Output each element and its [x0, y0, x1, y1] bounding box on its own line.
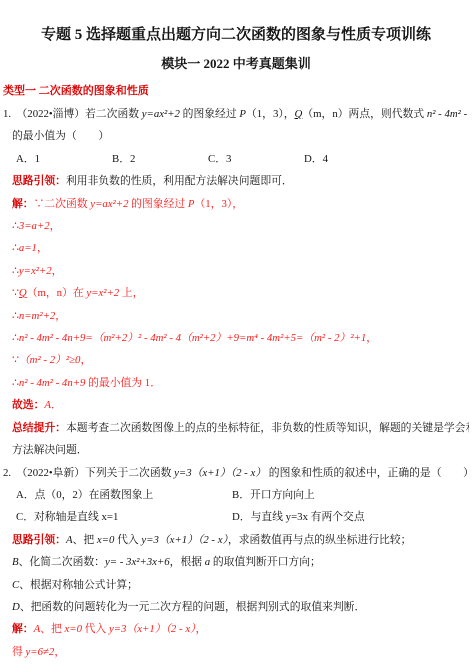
- q1-summary-1-line: 总结提升：本题考查二次函数图像上的点的坐标特征，非负数的性质等知识，解题的关键是…: [3, 417, 469, 439]
- q2-hint-3-seg-1: 、根据对称轴公式计算；: [19, 579, 138, 591]
- q1-sol-9-seg-2: 的最小值为 1．: [85, 377, 161, 389]
- q1-sol-2-line: ∴3=a+2，: [3, 215, 469, 237]
- q1-sol-1-seg-1: ∵二次函数: [34, 198, 91, 210]
- q2-hint-1-seg-4: 代入: [114, 534, 141, 546]
- q1-sol-4-seg-0: ∴: [12, 265, 19, 277]
- q1-sol-5-seg-2: （m，n）在: [27, 287, 87, 299]
- q1-sol-2-seg-0: ∴: [12, 220, 19, 232]
- q2-sol-2-seg-2: ，: [54, 646, 65, 658]
- q2-options-ab-choice-0: A．点（0，2）在函数图象上: [16, 484, 232, 506]
- q2-hint-2-seg-2: y= - 3x²+3x+6: [105, 556, 170, 568]
- q1-sol-3-seg-2: ，: [37, 242, 48, 254]
- document-page: 专题 5 选择题重点出题方向二次函数的图象与性质专项训练 模块一 2022 中考…: [0, 0, 472, 663]
- q2-sol-2-line: 得 y=6≠2，: [3, 641, 469, 663]
- q2-hint-1-seg-6: ，求函数值再与点的纵坐标进行比较；: [228, 534, 412, 546]
- q1-summary-1-seg-1: 本题考查二次函数图像上的点的坐标特征，非负数的性质等知识，解题的关键是学会利用配: [66, 422, 469, 434]
- q2-hint-1-seg-0: 思路引领：: [12, 534, 66, 546]
- q2-sol-1-seg-0: 解：: [12, 623, 34, 635]
- q1-sol-4-seg-2: ，: [52, 265, 63, 277]
- q1-sol-3-seg-0: ∴: [12, 242, 19, 254]
- q1-answer-line: 故选：A．: [3, 394, 469, 416]
- q2-sol-1-seg-5: y=3（x+1）（2 - x）: [109, 623, 196, 635]
- q1-sol-4-line: ∴y=x²+2，: [3, 260, 469, 282]
- q2-hint-1-line: 思路引领：A、把 x=0 代入 y=3（x+1）（2 - x），求函数值再与点的…: [3, 529, 469, 551]
- q1-stem-1-seg-4: （1，3），: [246, 108, 295, 120]
- q2-stem-seg-0: 2. （2022•阜新）下列关于二次函数: [3, 467, 174, 479]
- q2-stem-seg-1: y=3（x+1）（2 - x）: [174, 467, 266, 479]
- q1-options-choice-2: C．3: [208, 148, 304, 170]
- q1-stem-2-line: 的最小值为（ ）: [3, 125, 469, 147]
- page-title: 专题 5 选择题重点出题方向二次函数的图象与性质专项训练: [3, 26, 469, 44]
- module-subtitle: 模块一 2022 中考真题集训: [3, 56, 469, 71]
- q2-options-ab-line: A．点（0，2）在函数图象上B．开口方向向上: [3, 484, 469, 506]
- q1-stem-2-seg-0: 的最小值为（ ）: [12, 130, 109, 142]
- q2-sol-1-seg-3: x=0: [65, 623, 82, 635]
- q2-hint-2-seg-1: 、化简二次函数：: [19, 556, 105, 568]
- q1-options-line: A．1B．2C．3D．4: [3, 148, 469, 170]
- q1-sol-8-seg-2: ，: [80, 354, 91, 366]
- q2-options-cd-line: C．对称轴是直线 x=1D．与直线 y=3x 有两个交点: [3, 506, 469, 528]
- q2-sol-2-seg-0: 得: [12, 646, 26, 658]
- q1-summary-2-seg-0: 方法解决问题．: [12, 444, 88, 456]
- q2-sol-2-seg-1: y=6≠2: [26, 646, 55, 658]
- q2-hint-3-line: C、根据对称轴公式计算；: [3, 574, 469, 596]
- q1-hint-line: 思路引领：利用非负数的性质，利用配方法解决问题即可．: [3, 170, 469, 192]
- q2-hint-2-seg-0: B: [12, 556, 19, 568]
- section-heading: 类型一 二次函数的图象和性质: [3, 85, 469, 98]
- q1-sol-6-seg-2: ，: [55, 310, 66, 322]
- q1-options-choice-0: A．1: [16, 148, 112, 170]
- q2-hint-1-seg-2: 、把: [73, 534, 97, 546]
- q1-sol-2-seg-1: 3=a+2: [19, 220, 50, 232]
- q1-answer-seg-1: A: [44, 399, 51, 411]
- q1-sol-2-seg-2: ，: [50, 220, 61, 232]
- q2-sol-1-seg-4: 代入: [82, 623, 109, 635]
- q2-hint-2-line: B、化简二次函数：y= - 3x²+3x+6，根据 a 的取值判断开口方向；: [3, 551, 469, 573]
- q1-answer-seg-0: 故选：: [12, 399, 44, 411]
- q2-stem-seg-2: 的图象和性质的叙述中，正确的是（ ）: [266, 467, 469, 479]
- q1-sol-1-seg-2: y=ax²+2: [90, 198, 128, 210]
- q1-sol-4-seg-1: y=x²+2: [19, 265, 52, 277]
- q1-stem-1-seg-0: 1. （2022•淄博）若二次函数: [3, 108, 142, 120]
- q1-sol-1-seg-3: 的图象经过: [128, 198, 187, 210]
- q1-sol-9-seg-0: ∴: [12, 377, 19, 389]
- q1-sol-5-seg-3: y=x²+2: [86, 287, 119, 299]
- q2-hint-2-seg-3: ，根据: [170, 556, 205, 568]
- q1-sol-7-seg-0: ∴: [12, 332, 19, 344]
- q2-hint-1-seg-5: y=3（x+1）（2 - x）: [141, 534, 228, 546]
- q1-sol-3-line: ∴a=1，: [3, 237, 469, 259]
- q2-options-ab-choice-1: B．开口方向向上: [232, 484, 315, 506]
- q1-sol-1-line: 解：∵二次函数 y=ax²+2 的图象经过 P（1，3），: [3, 193, 469, 215]
- q1-sol-9-seg-1: n² - 4m² - 4n+9: [19, 377, 86, 389]
- q1-sol-8-line: ∵（m² - 2）²≥0，: [3, 349, 469, 371]
- q2-hint-1-seg-3: x=0: [97, 534, 114, 546]
- q1-hint-seg-1: 利用非负数的性质，利用配方法解决问题即可．: [66, 175, 293, 187]
- q1-summary-1-seg-0: 总结提升：: [12, 422, 66, 434]
- q1-options-choice-3: D．4: [304, 148, 328, 170]
- q1-options-choice-1: B．2: [112, 148, 208, 170]
- q1-sol-5-line: ∵Q（m，n）在 y=x²+2 上，: [3, 282, 469, 304]
- q1-sol-6-seg-0: ∴: [12, 310, 19, 322]
- q1-summary-2-line: 方法解决问题．: [3, 439, 469, 461]
- q1-stem-1-seg-7: n² - 4m² - 4n+9: [427, 108, 469, 120]
- q1-stem-1-line: 1. （2022•淄博）若二次函数 y=ax²+2 的图象经过 P（1，3），Q…: [3, 103, 469, 125]
- q2-hint-4-line: D、把函数的问题转化为一元二次方程的问题，根据判别式的取值来判断．: [3, 596, 469, 618]
- q2-stem-line: 2. （2022•阜新）下列关于二次函数 y=3（x+1）（2 - x） 的图象…: [3, 462, 469, 484]
- q1-sol-7-seg-2: ，: [366, 332, 377, 344]
- q1-sol-3-seg-1: a=1: [19, 242, 37, 254]
- q1-sol-5-seg-1: Q: [19, 287, 27, 299]
- q2-hint-2-seg-5: 的取值判断开口方向；: [210, 556, 321, 568]
- q1-sol-1-seg-0: 解：: [12, 198, 34, 210]
- q1-stem-1-seg-3: P: [239, 108, 246, 120]
- q2-hint-1-seg-1: A: [66, 534, 73, 546]
- q1-sol-5-seg-0: ∵: [12, 287, 19, 299]
- q2-sol-1-seg-2: 、把: [40, 623, 64, 635]
- q2-options-cd-choice-0: C．对称轴是直线 x=1: [16, 506, 232, 528]
- q1-answer-seg-2: ．: [51, 399, 62, 411]
- q1-hint-seg-0: 思路引领：: [12, 175, 66, 187]
- q1-stem-1-seg-1: y=ax²+2: [142, 108, 180, 120]
- q2-options-cd-choice-1: D．与直线 y=3x 有两个交点: [232, 506, 365, 528]
- q1-sol-7-seg-1: n² - 4m² - 4n+9=（m²+2）² - 4m² - 4（m²+2）+…: [19, 332, 366, 344]
- q1-sol-5-seg-4: 上，: [119, 287, 143, 299]
- q2-sol-1-seg-6: ，: [196, 623, 207, 635]
- q1-stem-1-seg-2: 的图象经过: [180, 108, 239, 120]
- q1-sol-8-seg-0: ∵: [12, 354, 19, 366]
- q1-sol-6-seg-1: n=m²+2: [19, 310, 55, 322]
- q1-sol-7-line: ∴n² - 4m² - 4n+9=（m²+2）² - 4m² - 4（m²+2）…: [3, 327, 469, 349]
- q1-sol-8-seg-1: （m² - 2）²≥0: [19, 354, 81, 366]
- q1-sol-6-line: ∴n=m²+2，: [3, 305, 469, 327]
- q2-hint-4-seg-1: 、把函数的问题转化为一元二次方程的问题，根据判别式的取值来判断．: [20, 601, 366, 613]
- q1-sol-1-seg-5: （1，3），: [194, 198, 243, 210]
- document-body: 1. （2022•淄博）若二次函数 y=ax²+2 的图象经过 P（1，3），Q…: [3, 103, 469, 663]
- q2-sol-1-line: 解：A、把 x=0 代入 y=3（x+1）（2 - x），: [3, 618, 469, 640]
- q2-hint-4-seg-0: D: [12, 601, 20, 613]
- q1-sol-9-line: ∴n² - 4m² - 4n+9 的最小值为 1．: [3, 372, 469, 394]
- q1-stem-1-seg-6: （m，n）两点，则代数式: [302, 108, 426, 120]
